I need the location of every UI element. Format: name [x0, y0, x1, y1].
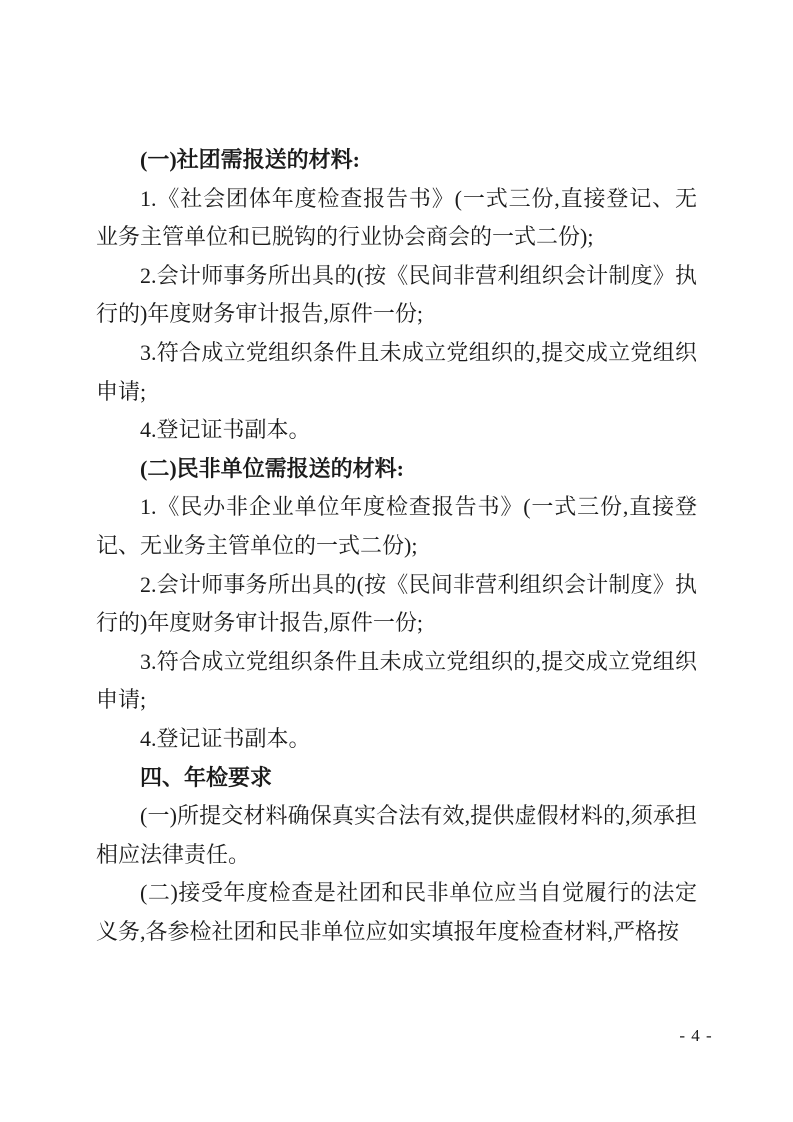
paragraph: 3.符合成立党组织条件且未成立党组织的,提交成立党组织申请;: [96, 334, 697, 411]
paragraph: 3.符合成立党组织条件且未成立党组织的,提交成立党组织申请;: [96, 643, 697, 720]
document-page: (一)社团需报送的材料:1.《社会团体年度检查报告书》(一式三份,直接登记、无业…: [0, 0, 793, 1122]
document-body: (一)社团需报送的材料:1.《社会团体年度检查报告书》(一式三份,直接登记、无业…: [96, 141, 697, 951]
page-number: - 4 -: [648, 1026, 744, 1046]
paragraph: 2.会计师事务所出具的(按《民间非营利组织会计制度》执行的)年度财务审计报告,原…: [96, 566, 697, 643]
section-heading: 四、年检要求: [96, 759, 697, 798]
paragraph: (二)接受年度检查是社团和民非单位应当自觉履行的法定义务,各参检社团和民非单位应…: [96, 874, 697, 951]
paragraph: 1.《民办非企业单位年度检查报告书》(一式三份,直接登记、无业务主管单位的一式二…: [96, 488, 697, 565]
paragraph: (一)所提交材料确保真实合法有效,提供虚假材料的,须承担相应法律责任。: [96, 797, 697, 874]
paragraph: 4.登记证书副本。: [96, 411, 697, 450]
paragraph: 1.《社会团体年度检查报告书》(一式三份,直接登记、无业务主管单位和已脱钩的行业…: [96, 180, 697, 257]
section-heading: (二)民非单位需报送的材料:: [96, 450, 697, 489]
paragraph: 2.会计师事务所出具的(按《民间非营利组织会计制度》执行的)年度财务审计报告,原…: [96, 257, 697, 334]
paragraph: 4.登记证书副本。: [96, 720, 697, 759]
section-heading: (一)社团需报送的材料:: [96, 141, 697, 180]
